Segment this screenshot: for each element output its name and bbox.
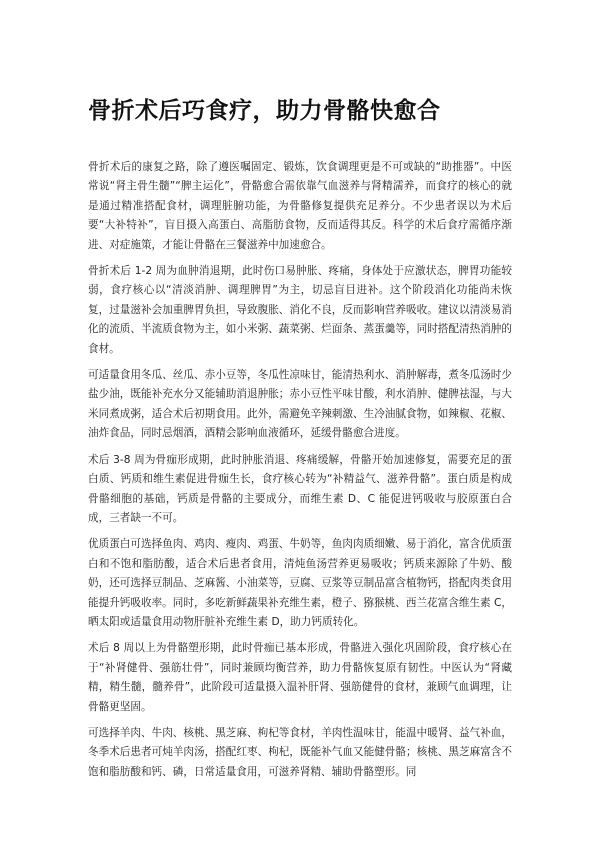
paragraph-stage2-foods: 优质蛋白可选择鱼肉、鸡肉、瘦肉、鸡蛋、牛奶等，鱼肉肉质细嫩、易于消化，富含优质蛋… — [88, 535, 512, 632]
paragraph-stage1: 骨折术后 1-2 周为血肿消退期，此时伤口易肿胀、疼痛，身体处于应激状态，脾胃功… — [88, 262, 512, 359]
paragraph-stage3-foods: 可选择羊肉、牛肉、核桃、黑芝麻、枸杞等食材，羊肉性温味甘，能温中暖肾、益气补血，… — [88, 724, 512, 782]
paragraph-intro: 骨折术后的康复之路，除了遵医嘱固定、锻炼，饮食调理更是不可或缺的“助推器”。中医… — [88, 158, 512, 255]
article-title: 骨折术后巧食疗，助力骨骼快愈合 — [88, 96, 528, 126]
document-page: 骨折术后巧食疗，助力骨骼快愈合 骨折术后的康复之路，除了遵医嘱固定、锻炼，饮食调… — [0, 0, 595, 842]
paragraph-stage3: 术后 8 周以上为骨骼塑形期，此时骨痂已基本形成，骨骼进入强化巩固阶段，食疗核心… — [88, 639, 512, 717]
paragraph-stage2: 术后 3-8 周为骨痂形成期，此时肿胀消退、疼痛缓解，骨骼开始加速修复，需要充足… — [88, 451, 512, 529]
paragraph-stage1-foods: 可适量食用冬瓜、丝瓜、赤小豆等，冬瓜性凉味甘，能清热利水、消肿解毒，煮冬瓜汤时少… — [88, 366, 512, 444]
article-body: 骨折术后的康复之路，除了遵医嘱固定、锻炼，饮食调理更是不可或缺的“助推器”。中医… — [88, 158, 512, 789]
